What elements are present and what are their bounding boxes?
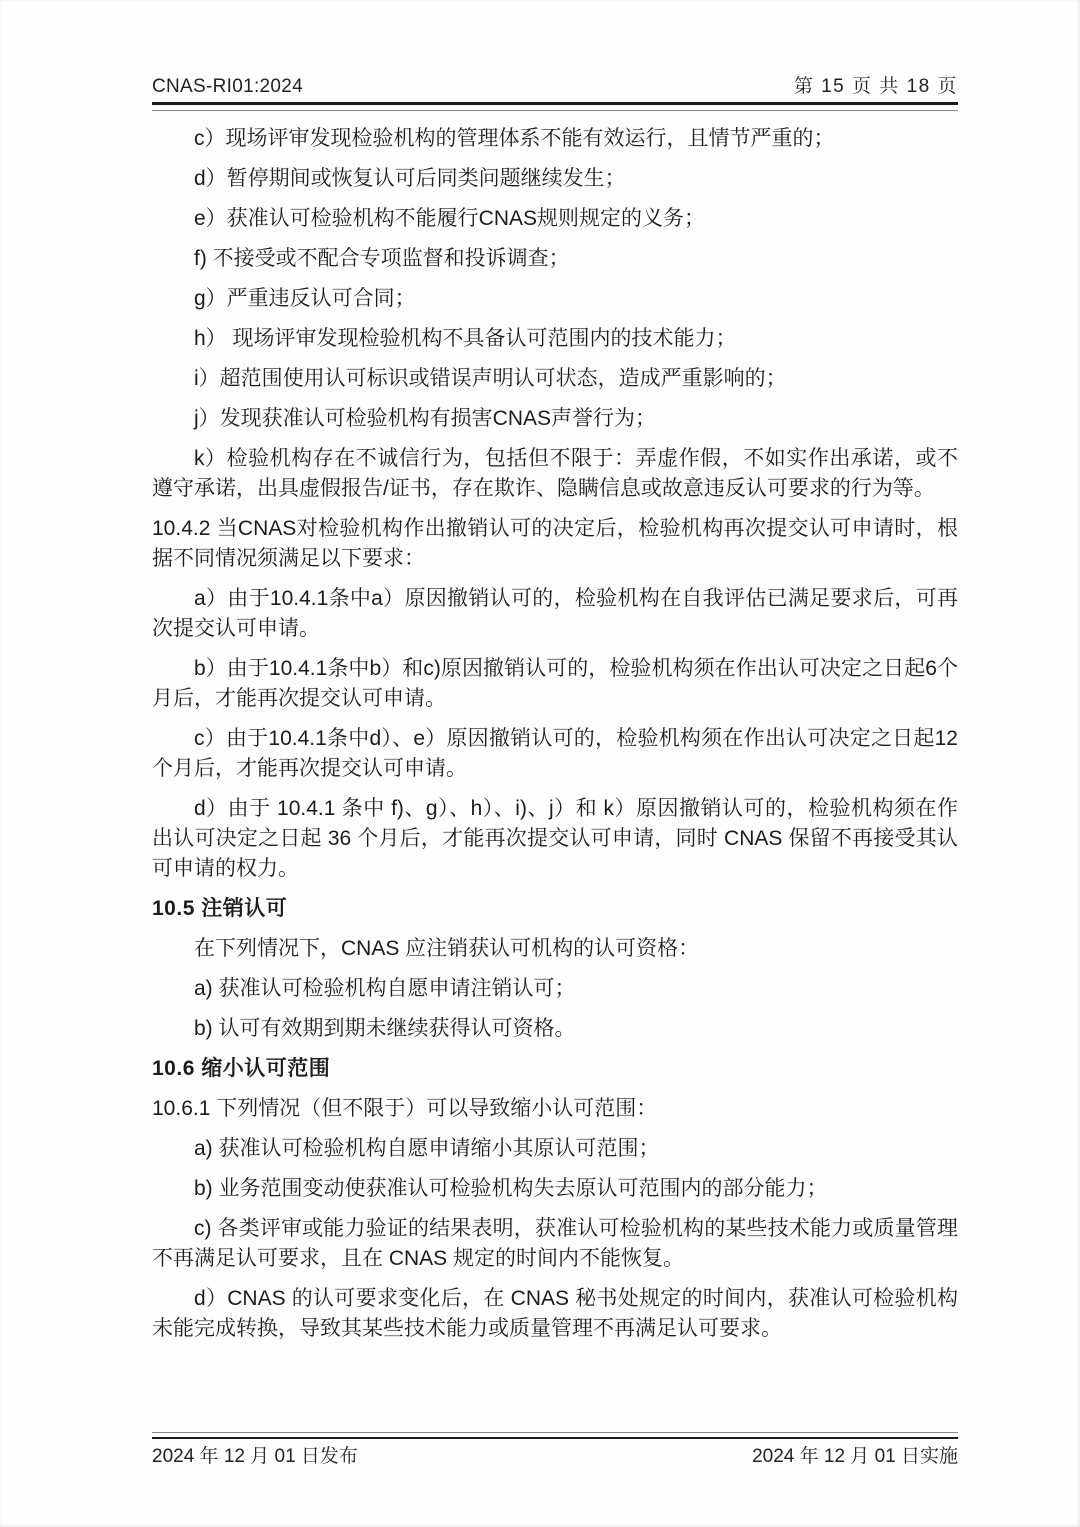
list-item-h: h） 现场评审发现检验机构不具备认可范围内的技术能力；: [152, 324, 958, 354]
page-number-info: 第 15 页 共 18 页: [794, 76, 958, 98]
clause-10-5-b: b) 认可有效期到期未继续获得认可资格。: [152, 1014, 958, 1044]
clause-10-4-2-c: c）由于10.4.1条中d）、e）原因撤销认可的，检验机构须在作出认可决定之日起…: [152, 724, 958, 784]
clause-10-6-1-b: b) 业务范围变动使获准认可检验机构失去原认可范围内的部分能力；: [152, 1174, 958, 1204]
clause-10-4-2-b: b）由于10.4.1条中b）和c)原因撤销认可的，检验机构须在作出认可决定之日起…: [152, 654, 958, 714]
footer-rule-line: [152, 1432, 958, 1439]
document-body: c）现场评审发现检验机构的管理体系不能有效运行，且情节严重的； d）暂停期间或恢…: [152, 124, 958, 1354]
page-header: CNAS-RI01:2024 第 15 页 共 18 页: [152, 76, 958, 111]
header-rule-line: [152, 102, 958, 111]
issue-date: 2024 年 12 月 01 日发布: [152, 1445, 358, 1469]
list-item-i: i）超范围使用认可标识或错误声明认可状态，造成严重影响的；: [152, 364, 958, 394]
section-heading-10-6: 10.6 缩小认可范围: [152, 1054, 958, 1084]
list-item-d: d）暂停期间或恢复认可后同类问题继续发生；: [152, 164, 958, 194]
implement-date: 2024 年 12 月 01 日实施: [752, 1445, 958, 1469]
list-item-c: c）现场评审发现检验机构的管理体系不能有效运行，且情节严重的；: [152, 124, 958, 154]
clause-10-5-intro: 在下列情况下，CNAS 应注销获认可机构的认可资格：: [152, 934, 958, 964]
clause-10-4-2-a: a）由于10.4.1条中a）原因撤销认可的，检验机构在自我评估已满足要求后，可再…: [152, 584, 958, 644]
document-page: CNAS-RI01:2024 第 15 页 共 18 页 c）现场评审发现检验机…: [0, 0, 1080, 1527]
footer-row: 2024 年 12 月 01 日发布 2024 年 12 月 01 日实施: [152, 1445, 958, 1469]
header-row: CNAS-RI01:2024 第 15 页 共 18 页: [152, 76, 958, 98]
list-item-g: g）严重违反认可合同；: [152, 284, 958, 314]
section-heading-10-5: 10.5 注销认可: [152, 894, 958, 924]
clause-10-5-a: a) 获准认可检验机构自愿申请注销认可；: [152, 974, 958, 1004]
doc-code: CNAS-RI01:2024: [152, 76, 303, 98]
clause-10-6-1: 10.6.1 下列情况（但不限于）可以导致缩小认可范围：: [152, 1094, 958, 1124]
list-item-f: f) 不接受或不配合专项监督和投诉调查；: [152, 244, 958, 274]
list-item-j: j）发现获准认可检验机构有损害CNAS声誉行为；: [152, 404, 958, 434]
page-footer: 2024 年 12 月 01 日发布 2024 年 12 月 01 日实施: [152, 1432, 958, 1469]
list-item-e: e）获准认可检验机构不能履行CNAS规则规定的义务；: [152, 204, 958, 234]
clause-10-4-2-d: d）由于 10.4.1 条中 f)、g）、h）、i)、j）和 k）原因撤销认可的…: [152, 794, 958, 884]
clause-10-6-1-c: c) 各类评审或能力验证的结果表明，获准认可检验机构的某些技术能力或质量管理不再…: [152, 1214, 958, 1274]
clause-10-6-1-a: a) 获准认可检验机构自愿申请缩小其原认可范围；: [152, 1134, 958, 1164]
clause-10-6-1-d: d）CNAS 的认可要求变化后，在 CNAS 秘书处规定的时间内，获准认可检验机…: [152, 1284, 958, 1344]
clause-10-4-2: 10.4.2 当CNAS对检验机构作出撤销认可的决定后，检验机构再次提交认可申请…: [152, 514, 958, 574]
list-item-k: k）检验机构存在不诚信行为，包括但不限于：弄虚作假，不如实作出承诺，或不遵守承诺…: [152, 444, 958, 504]
